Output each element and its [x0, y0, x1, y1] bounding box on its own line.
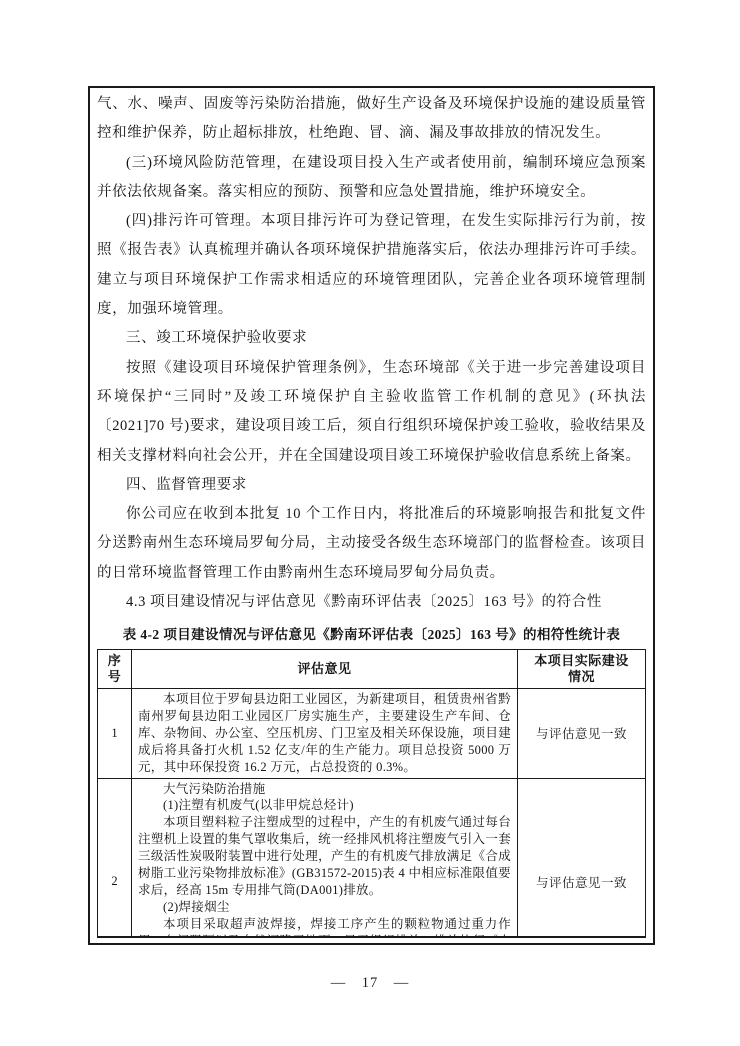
body-text-block: 气、水、噪声、固废等污染防治措施，做好生产设备及环境保护设施的建设质量管控和维护…: [97, 90, 646, 620]
header-actual-construction: 本项目实际建设 情况: [518, 650, 646, 689]
page-number: — 17 —: [0, 971, 740, 992]
row1-seq-no: 1: [98, 689, 132, 779]
table-header-row: 序 号 评估意见 本项目实际建设 情况: [98, 650, 646, 689]
conformity-table: 序 号 评估意见 本项目实际建设 情况 1 本项目位于罗甸县边阳工业园区，为新建…: [97, 649, 646, 938]
paragraph-acceptance-requirements: 按照《建设项目环境保护管理条例》，生态环境部《关于进一步完善建设项目环境保护“三…: [97, 354, 646, 471]
row2-opinion-cell: 大气污染防治措施 (1)注塑有机废气(以非甲烷总烃计) 本项目塑料粒子注塑成型的…: [132, 778, 518, 938]
row2-opinion-item1-title: (1)注塑有机废气(以非甲烷总烃计): [138, 797, 511, 814]
document-page-frame: 气、水、噪声、固废等污染防治措施，做好生产设备及环境保护设施的建设质量管控和维护…: [88, 86, 655, 945]
paragraph-discharge-permit: (四)排污许可管理。本项目排污许可为登记管理，在发生实际排污行为前，按照《报告表…: [97, 207, 646, 324]
heading-completion-acceptance: 三、竣工环境保护验收要求: [97, 324, 646, 353]
row2-opinion-item1-body: 本项目塑料粒子注塑成型的过程中，产生的有机废气通过每台注塑机上设置的集气罩收集后…: [138, 814, 511, 899]
row1-opinion-cell: 本项目位于罗甸县边阳工业园区，为新建项目，租赁贵州省黔南州罗甸县边阳工业园区厂房…: [132, 689, 518, 779]
row2-opinion-item2-body: 本项目采取超声波焊接，焊接工序产生的颗粒物通过重力作用、车间阻隔以及自然沉降于地…: [138, 916, 511, 938]
row2-seq-no: 2: [98, 778, 132, 938]
table-row: 2 大气污染防治措施 (1)注塑有机废气(以非甲烷总烃计) 本项目塑料粒子注塑成…: [98, 778, 646, 938]
paragraph-supervision-detail: 你公司应在收到本批复 10 个工作日内，将批准后的环境影响报告和批复文件分送黔南…: [97, 500, 646, 588]
row2-status-cell: 与评估意见一致: [518, 778, 646, 938]
row1-status-cell: 与评估意见一致: [518, 689, 646, 779]
row2-opinion-item2-title: (2)焊接烟尘: [138, 899, 511, 916]
heading-section-4-3: 4.3 项目建设情况与评估意见《黔南环评估表〔2025〕163 号》的符合性: [97, 588, 646, 617]
table-row: 1 本项目位于罗甸县边阳工业园区，为新建项目，租赁贵州省黔南州罗甸县边阳工业园区…: [98, 689, 646, 779]
table-4-2-caption: 表 4-2 项目建设情况与评估意见《黔南环评估表〔2025〕163 号》的相符性…: [97, 625, 646, 645]
row1-opinion-paragraph: 本项目位于罗甸县边阳工业园区，为新建项目，租赁贵州省黔南州罗甸县边阳工业园区厂房…: [138, 691, 511, 776]
table-4-2-clipped-region: 序 号 评估意见 本项目实际建设 情况 1 本项目位于罗甸县边阳工业园区，为新建…: [97, 649, 646, 938]
paragraph-pollution-control-continuation: 气、水、噪声、固废等污染防治措施，做好生产设备及环境保护设施的建设质量管控和维护…: [97, 90, 646, 149]
header-seq-no: 序 号: [98, 650, 132, 689]
header-assessment-opinion: 评估意见: [132, 650, 518, 689]
heading-supervision-management: 四、监督管理要求: [97, 471, 646, 500]
paragraph-risk-prevention: (三)环境风险防范管理，在建设项目投入生产或者使用前，编制环境应急预案并依法依规…: [97, 149, 646, 208]
row2-opinion-heading-air: 大气污染防治措施: [138, 781, 511, 798]
